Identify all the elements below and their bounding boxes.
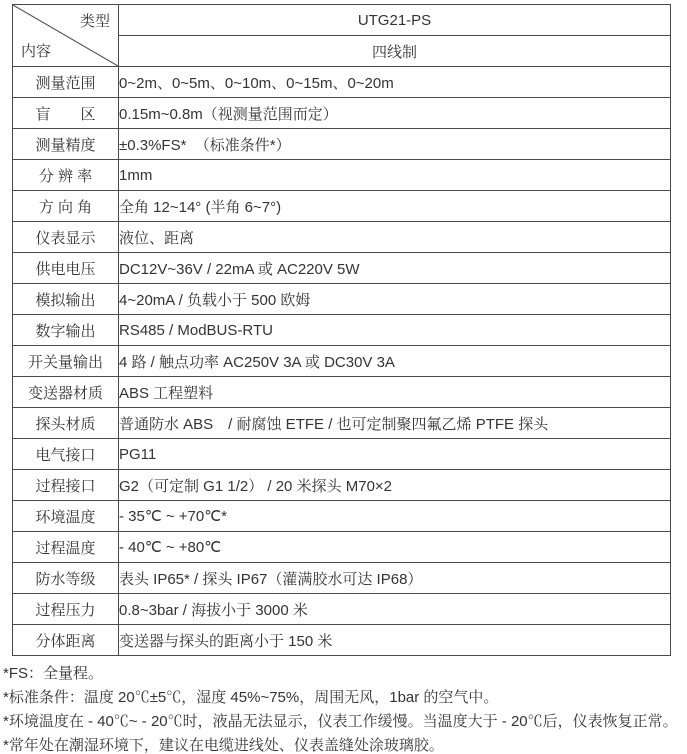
spec-row: 过程温度- 40℃ ~ +80℃: [13, 532, 671, 563]
spec-label: 环境温度: [13, 501, 119, 532]
spec-label: 防水等级: [13, 563, 119, 594]
spec-row: 数字输出RS485 / ModBUS-RTU: [13, 315, 671, 346]
spec-row: 测量精度±0.3%FS* （标准条件*）: [13, 129, 671, 160]
spec-value: 0.15m~0.8m（视测量范围而定）: [119, 98, 671, 129]
spec-value: 变送器与探头的距离小于 150 米: [119, 625, 671, 656]
spec-label: 开关量输出: [13, 346, 119, 377]
spec-row: 供电电压DC12V~36V / 22mA 或 AC220V 5W: [13, 253, 671, 284]
footnote-line: *FS：全量程。: [3, 662, 687, 686]
spec-value: 4~20mA / 负载小于 500 欧姆: [119, 284, 671, 315]
spec-value: - 40℃ ~ +80℃: [119, 532, 671, 563]
spec-label: 过程压力: [13, 594, 119, 625]
model-name: UTG21-PS: [119, 5, 671, 36]
spec-label: 方 向 角: [13, 191, 119, 222]
spec-row: 开关量输出4 路 / 触点功率 AC250V 3A 或 DC30V 3A: [13, 346, 671, 377]
header-content-label: 内容: [21, 40, 51, 61]
header-row-model: 类型 内容 UTG21-PS: [13, 5, 671, 36]
spec-label: 测量范围: [13, 67, 119, 98]
spec-value: 全角 12~14° (半角 6~7°): [119, 191, 671, 222]
spec-value: - 35℃ ~ +70℃*: [119, 501, 671, 532]
spec-value: ABS 工程塑料: [119, 377, 671, 408]
header-type-label: 类型: [80, 10, 110, 31]
spec-row: 方 向 角全角 12~14° (半角 6~7°): [13, 191, 671, 222]
spec-row: 分体距离变送器与探头的距离小于 150 米: [13, 625, 671, 656]
footnote-line: *常年处在潮湿环境下，建议在电缆进线处、仪表盖缝处涂玻璃胶。: [3, 734, 687, 754]
spec-row: 变送器材质ABS 工程塑料: [13, 377, 671, 408]
footnotes: *FS：全量程。*标准条件：温度 20℃±5℃，湿度 45%~75%，周围无风，…: [3, 662, 687, 754]
header-diagonal-cell: 类型 内容: [13, 5, 119, 67]
spec-value: 表头 IP65* / 探头 IP67（灌满胶水可达 IP68）: [119, 563, 671, 594]
spec-row: 探头材质普通防水 ABS / 耐腐蚀 ETFE / 也可定制聚四氟乙烯 PTFE…: [13, 408, 671, 439]
spec-row: 仪表显示液位、距离: [13, 222, 671, 253]
spec-label: 分体距离: [13, 625, 119, 656]
spec-label: 测量精度: [13, 129, 119, 160]
spec-row: 电气接口PG11: [13, 439, 671, 470]
spec-value: 0~2m、0~5m、0~10m、0~15m、0~20m: [119, 67, 671, 98]
footnote-line: *标准条件：温度 20℃±5℃，湿度 45%~75%，周围无风，1bar 的空气…: [3, 686, 687, 710]
spec-label: 过程温度: [13, 532, 119, 563]
spec-table: 类型 内容 UTG21-PS 四线制 测量范围0~2m、0~5m、0~10m、0…: [12, 4, 671, 656]
spec-row: 防水等级表头 IP65* / 探头 IP67（灌满胶水可达 IP68）: [13, 563, 671, 594]
spec-row: 环境温度- 35℃ ~ +70℃*: [13, 501, 671, 532]
spec-value: 0.8~3bar / 海拔小于 3000 米: [119, 594, 671, 625]
spec-label: 电气接口: [13, 439, 119, 470]
spec-value: 1mm: [119, 160, 671, 191]
spec-value: ±0.3%FS* （标准条件*）: [119, 129, 671, 160]
wiring-type: 四线制: [119, 36, 671, 67]
spec-label: 分 辨 率: [13, 160, 119, 191]
spec-value: PG11: [119, 439, 671, 470]
spec-value: 液位、距离: [119, 222, 671, 253]
spec-row: 模拟输出4~20mA / 负载小于 500 欧姆: [13, 284, 671, 315]
spec-row: 过程接口G2（可定制 G1 1/2） / 20 米探头 M70×2: [13, 470, 671, 501]
spec-value: 普通防水 ABS / 耐腐蚀 ETFE / 也可定制聚四氟乙烯 PTFE 探头: [119, 408, 671, 439]
spec-row: 测量范围0~2m、0~5m、0~10m、0~15m、0~20m: [13, 67, 671, 98]
spec-label: 仪表显示: [13, 222, 119, 253]
spec-label: 变送器材质: [13, 377, 119, 408]
spec-label: 探头材质: [13, 408, 119, 439]
footnote-line: *环境温度在 - 40℃~ - 20℃时，液晶无法显示，仪表工作缓慢。当温度大于…: [3, 710, 687, 734]
spec-label: 供电电压: [13, 253, 119, 284]
spec-row: 分 辨 率1mm: [13, 160, 671, 191]
spec-label: 数字输出: [13, 315, 119, 346]
spec-value: 4 路 / 触点功率 AC250V 3A 或 DC30V 3A: [119, 346, 671, 377]
spec-label: 盲 区: [13, 98, 119, 129]
spec-value: RS485 / ModBUS-RTU: [119, 315, 671, 346]
spec-label: 模拟输出: [13, 284, 119, 315]
spec-value: DC12V~36V / 22mA 或 AC220V 5W: [119, 253, 671, 284]
spec-row: 盲 区0.15m~0.8m（视测量范围而定）: [13, 98, 671, 129]
spec-value: G2（可定制 G1 1/2） / 20 米探头 M70×2: [119, 470, 671, 501]
spec-label: 过程接口: [13, 470, 119, 501]
spec-row: 过程压力0.8~3bar / 海拔小于 3000 米: [13, 594, 671, 625]
